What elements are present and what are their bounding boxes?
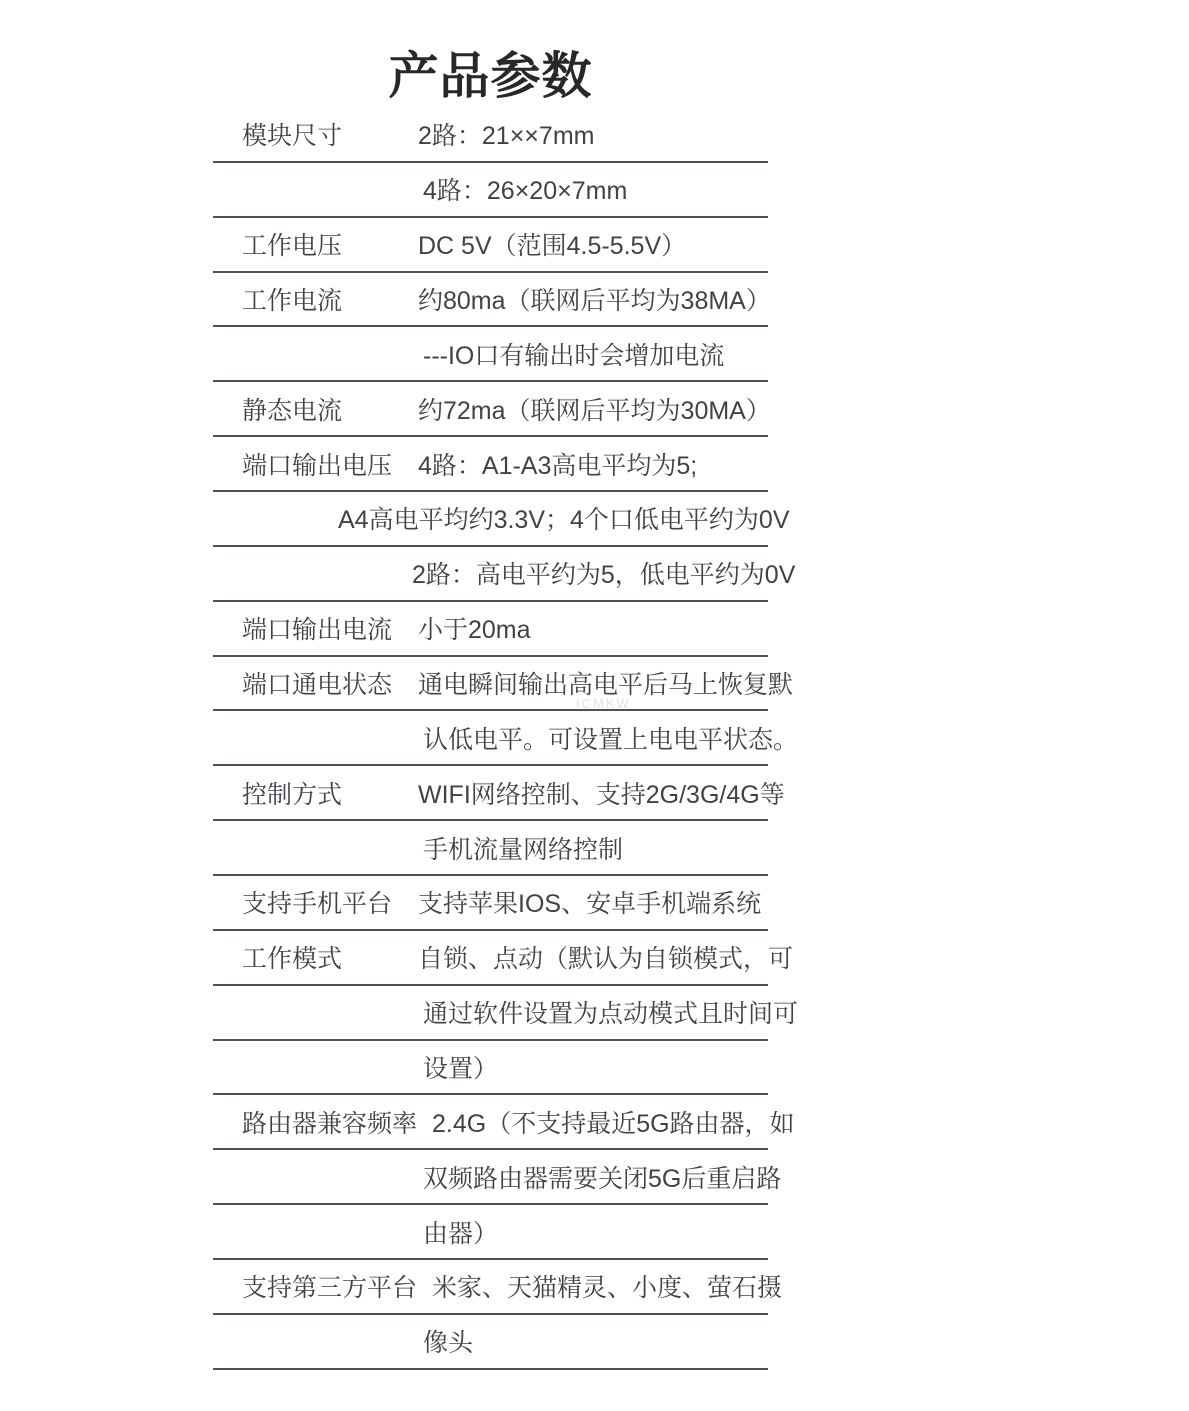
table-row: 端口通电状态 通电瞬间输出高电平后马上恢复默 (213, 657, 768, 712)
spec-value: 像头 (423, 1323, 473, 1359)
spec-value: 约72ma（联网后平均为30MA） (418, 391, 771, 427)
spec-label: 静态电流 (242, 391, 418, 427)
spec-value: 通电瞬间输出高电平后马上恢复默 (418, 665, 793, 701)
spec-label: 工作模式 (242, 939, 418, 975)
spec-value: 4路：A1-A3高电平均为5; (418, 446, 697, 482)
table-row: 设置） (213, 1041, 768, 1096)
spec-value: 4路：26×20×7mm (423, 171, 627, 207)
spec-value: 支持苹果IOS、安卓手机端系统 (418, 884, 761, 920)
table-row: 静态电流 约72ma（联网后平均为30MA） (213, 382, 768, 437)
product-spec-sheet: 产品参数 ICMKW 模块尺寸 2路：21××7mm 4路：26×20×7mm … (0, 0, 1189, 1411)
spec-label: 模块尺寸 (242, 116, 418, 152)
spec-value: 约80ma（联网后平均为38MA） (418, 281, 771, 317)
spec-label: 工作电压 (242, 226, 418, 262)
spec-value: 小于20ma (418, 610, 531, 646)
spec-value: 设置） (423, 1049, 498, 1085)
table-row: 双频路由器需要关闭5G后重启路 (213, 1150, 768, 1205)
table-row: 手机流量网络控制 (213, 821, 768, 876)
table-row: 支持手机平台 支持苹果IOS、安卓手机端系统 (213, 876, 768, 931)
table-row: ---IO口有输出时会增加电流 (213, 327, 768, 382)
table-row: 端口输出电压 4路：A1-A3高电平均为5; (213, 437, 768, 492)
page-title: 产品参数 (213, 36, 768, 108)
spec-label: 控制方式 (242, 775, 418, 811)
spec-label: 路由器兼容频率 (242, 1104, 418, 1140)
spec-value: DC 5V（范围4.5-5.5V） (418, 226, 686, 262)
spec-value: ---IO口有输出时会增加电流 (423, 336, 724, 372)
table-row: 4路：26×20×7mm (213, 163, 768, 218)
table-row: 工作电压 DC 5V（范围4.5-5.5V） (213, 218, 768, 273)
spec-value: A4高电平均约3.3V；4个口低电平约为0V (338, 500, 790, 536)
table-row: 端口输出电流 小于20ma (213, 602, 768, 657)
spec-label: 端口通电状态 (242, 665, 418, 701)
spec-label: 支持第三方平台 (242, 1268, 418, 1304)
table-row: 工作电流 约80ma（联网后平均为38MA） (213, 273, 768, 328)
spec-label: 工作电流 (242, 281, 418, 317)
spec-label: 端口输出电流 (242, 610, 418, 646)
spec-value: 米家、天猫精灵、小度、萤石摄 (432, 1268, 782, 1304)
spec-label: 端口输出电压 (242, 446, 418, 482)
spec-value: 2路：高电平约为5，低电平约为0V (412, 555, 795, 591)
spec-value: 手机流量网络控制 (423, 830, 623, 866)
spec-value: 由器） (423, 1214, 498, 1250)
spec-value: 认低电平。可设置上电电平状态。 (423, 720, 798, 756)
table-row: 通过软件设置为点动模式且时间可 (213, 986, 768, 1041)
spec-value: WIFI网络控制、支持2G/3G/4G等 (418, 775, 785, 811)
table-row: 控制方式 WIFI网络控制、支持2G/3G/4G等 (213, 766, 768, 821)
spec-value: 2.4G（不支持最近5G路由器，如 (432, 1104, 795, 1140)
table-row: A4高电平均约3.3V；4个口低电平约为0V (213, 492, 768, 547)
table-row: 模块尺寸 2路：21××7mm (213, 108, 768, 163)
table-row: 认低电平。可设置上电电平状态。 (213, 711, 768, 766)
table-row: 支持第三方平台 米家、天猫精灵、小度、萤石摄 (213, 1260, 768, 1315)
table-row: 路由器兼容频率 2.4G（不支持最近5G路由器，如 (213, 1095, 768, 1150)
spec-value: 双频路由器需要关闭5G后重启路 (423, 1159, 781, 1195)
table-row: 工作模式 自锁、点动（默认为自锁模式，可 (213, 931, 768, 986)
spec-label: 支持手机平台 (242, 884, 418, 920)
table-row: 2路：高电平约为5，低电平约为0V (213, 547, 768, 602)
spec-value: 通过软件设置为点动模式且时间可 (423, 994, 798, 1030)
spec-value: 自锁、点动（默认为自锁模式，可 (418, 939, 793, 975)
table-row: 由器） (213, 1205, 768, 1260)
spec-table: 模块尺寸 2路：21××7mm 4路：26×20×7mm 工作电压 DC 5V（… (213, 108, 768, 1370)
table-row: 像头 (213, 1315, 768, 1370)
spec-value: 2路：21××7mm (418, 116, 594, 152)
